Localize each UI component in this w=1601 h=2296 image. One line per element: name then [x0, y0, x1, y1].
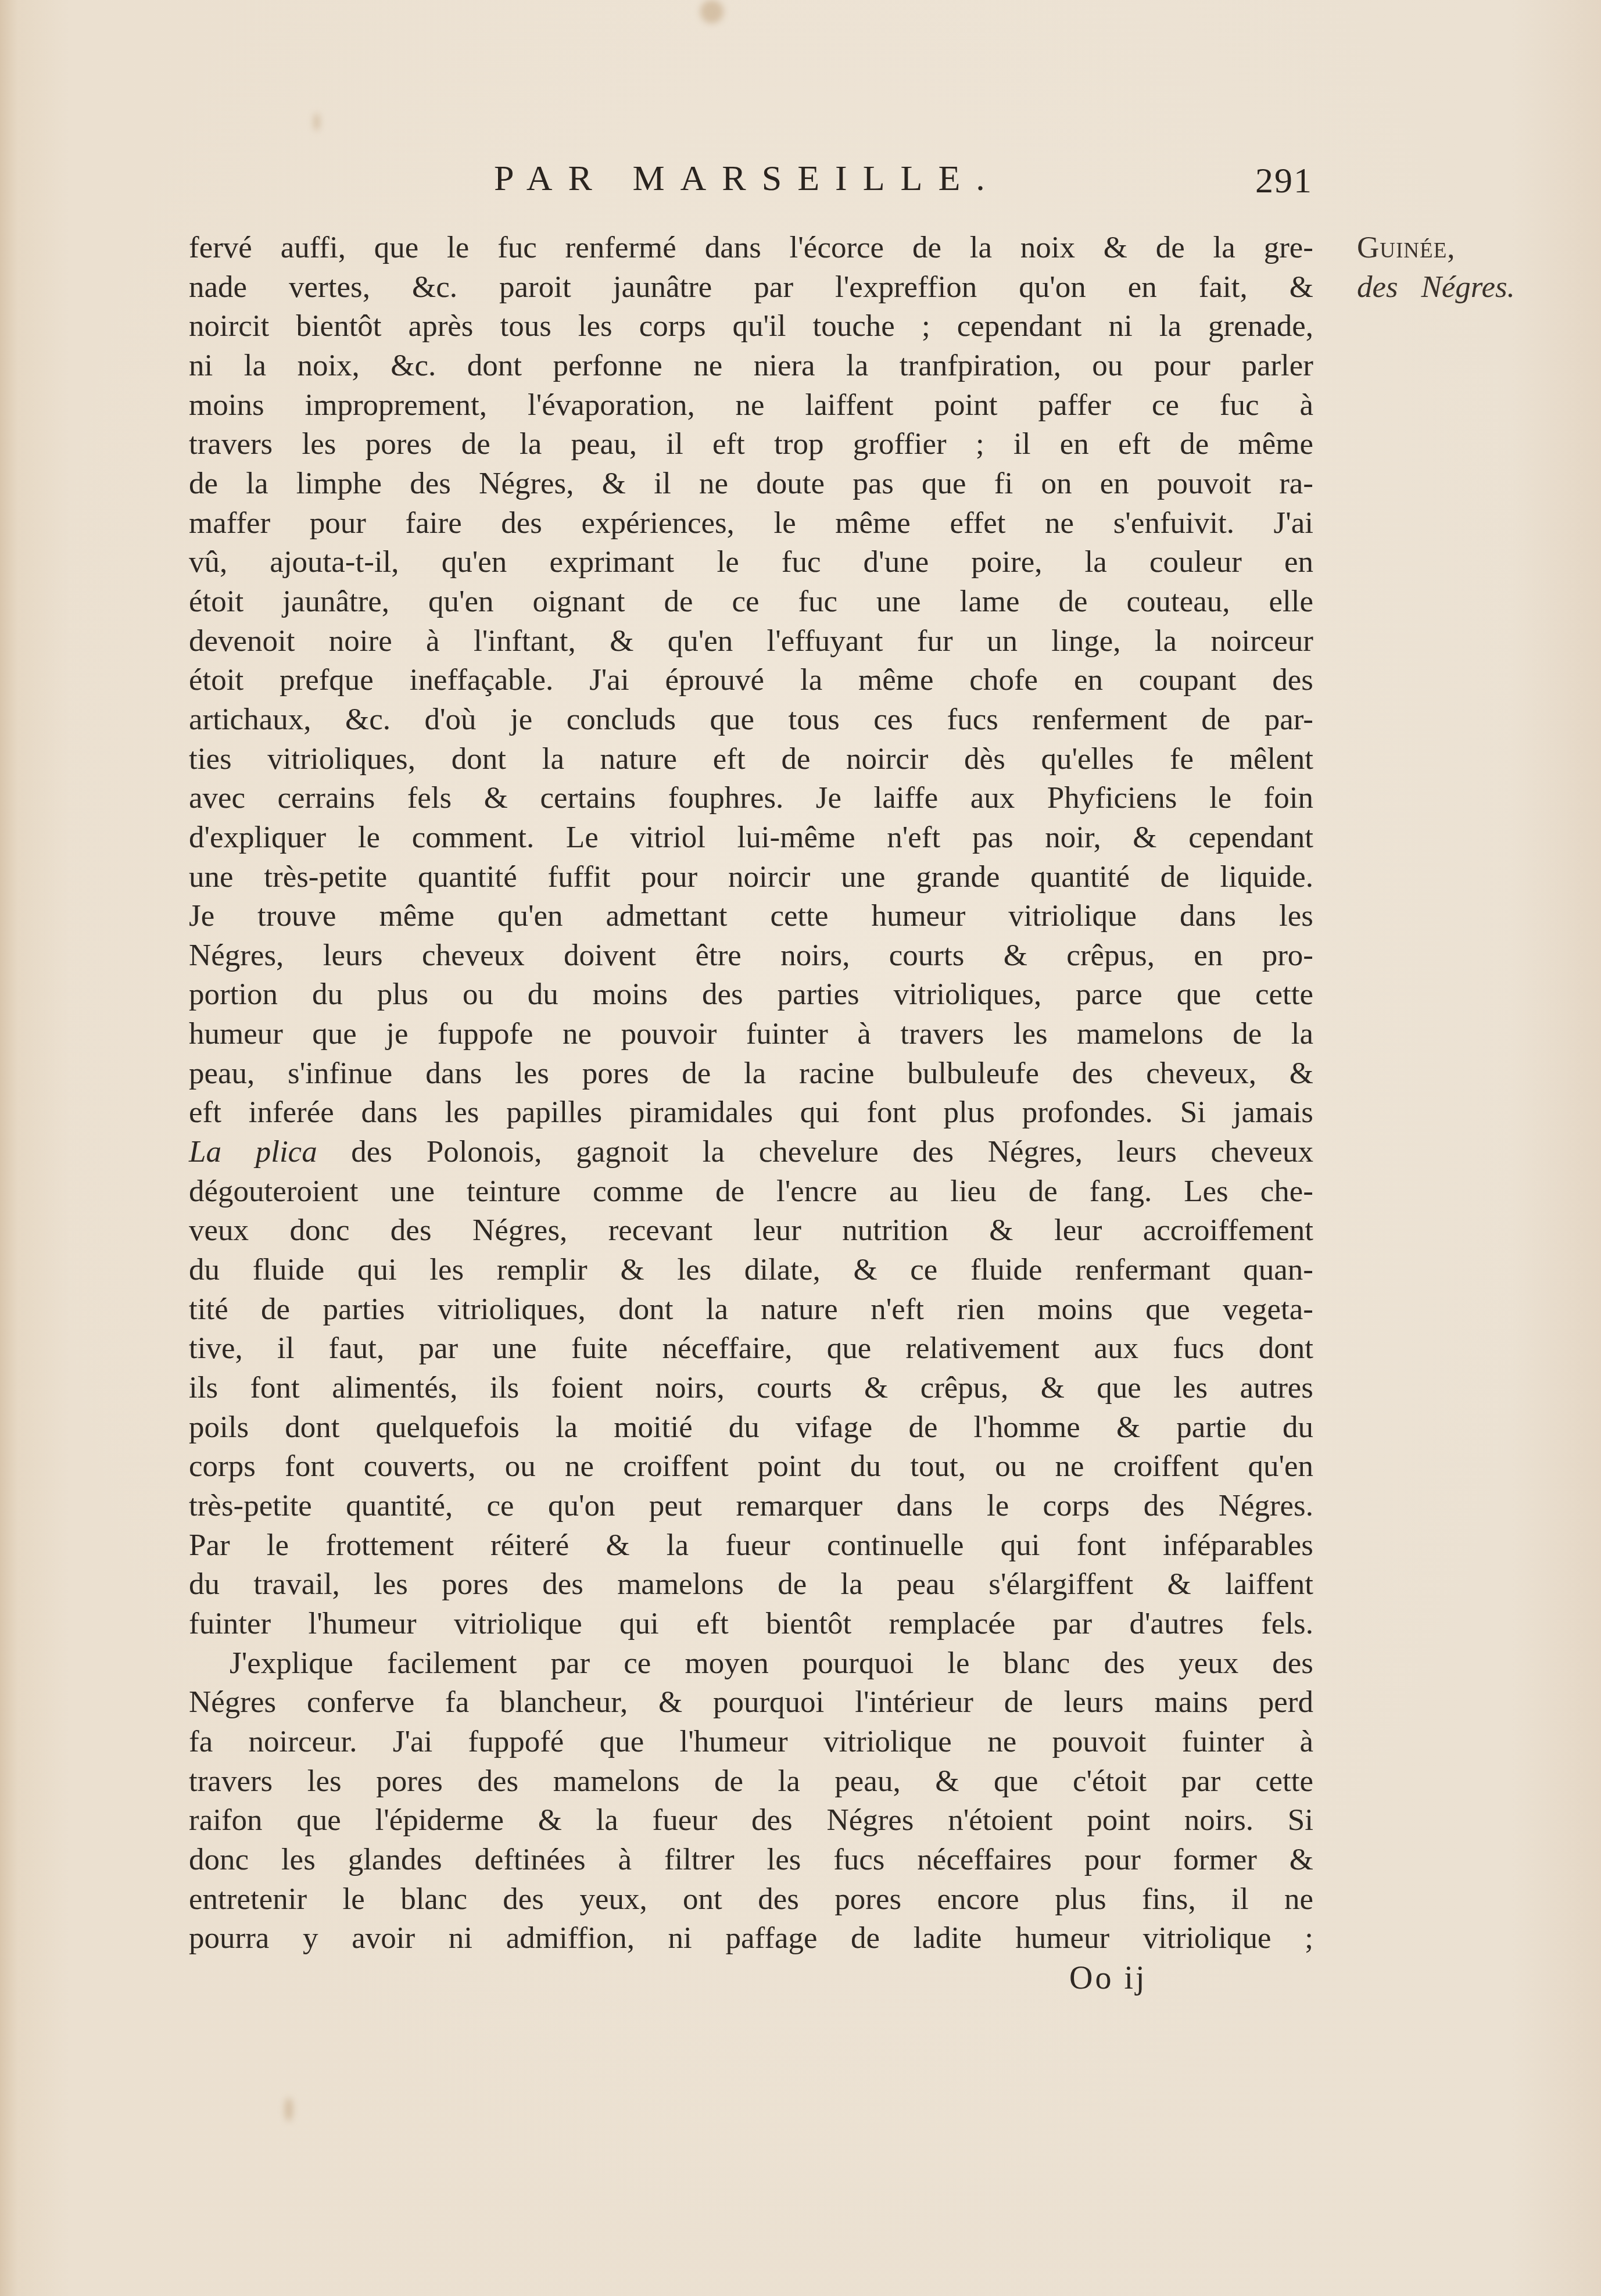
- text-line: devenoit noire à l'inftant, & qu'en l'ef…: [189, 622, 1313, 661]
- text-line: humeur que je fuppofe ne pouvoir fuinter…: [189, 1015, 1313, 1054]
- text-line: maffer pour faire des expériences, le mê…: [189, 504, 1313, 543]
- margin-note-place: Guinée,: [1357, 228, 1601, 268]
- margin-note: Guinée, des Négres.: [1357, 228, 1601, 307]
- text-line: veux donc des Négres, recevant leur nutr…: [189, 1211, 1313, 1251]
- text-line: Je trouve même qu'en admettant cette hum…: [189, 897, 1313, 936]
- text-line: tité de parties vitrioliques, dont la na…: [189, 1290, 1313, 1330]
- text-line: fa noirceur. J'ai fuppofé que l'humeur v…: [189, 1722, 1313, 1762]
- text-line: poils dont quelquefois la moitié du vifa…: [189, 1408, 1313, 1448]
- text-line: ties vitrioliques, dont la nature eft de…: [189, 740, 1313, 779]
- text-line: avec cerrains fels & certains fouphres. …: [189, 779, 1313, 818]
- text-line: dégouteroient une teinture comme de l'en…: [189, 1172, 1313, 1212]
- text-line: Négres conferve fa blancheur, & pourquoi…: [189, 1683, 1313, 1722]
- text-line: très-petite quantité, ce qu'on peut rema…: [189, 1487, 1313, 1526]
- paper-stain: [285, 2098, 293, 2121]
- running-title: PAR MARSEILLE.: [494, 158, 1001, 199]
- body-text: fervé auffi, que le fuc renfermé dans l'…: [189, 228, 1313, 1958]
- text-line: raifon que l'épiderme & la fueur des Nég…: [189, 1801, 1313, 1840]
- paragraph-start: J'explique facilement par ce moyen pourq…: [189, 1644, 1313, 1684]
- text-line: donc les glandes deftinées à filtrer les…: [189, 1840, 1313, 1880]
- text-line: ni la noix, &c. dont perfonne ne niera l…: [189, 346, 1313, 386]
- text-line: entretenir le blanc des yeux, ont des po…: [189, 1880, 1313, 1919]
- margin-note-subject: des Négres.: [1357, 268, 1601, 307]
- text-line: artichaux, &c. d'où je concluds que tous…: [189, 700, 1313, 740]
- text-line: fuinter l'humeur vitriolique qui eft bie…: [189, 1604, 1313, 1644]
- text-line: de la limphe des Négres, & il ne doute p…: [189, 464, 1313, 504]
- text-line: Négres, leurs cheveux doivent être noirs…: [189, 936, 1313, 976]
- text-line: portion du plus ou du moins des parties …: [189, 975, 1313, 1015]
- text-line: nade vertes, &c. paroit jaunâtre par l'e…: [189, 268, 1313, 307]
- italic-phrase: La plica: [189, 1135, 317, 1169]
- text-line: étoit prefque ineffaçable. J'ai éprouvé …: [189, 661, 1313, 700]
- signature-mark: Oo ij: [1069, 1960, 1147, 1997]
- text-line: pourra y avoir ni admiffion, ni paffage …: [189, 1919, 1313, 1958]
- text-line: travers les pores de la peau, il eft tro…: [189, 425, 1313, 464]
- page-number: 291: [1255, 160, 1313, 202]
- text-line: corps font couverts, ou ne croiffent poi…: [189, 1447, 1313, 1487]
- running-header: PAR MARSEILLE. 291: [0, 158, 1601, 205]
- text-line: peau, s'infinue dans les pores de la rac…: [189, 1054, 1313, 1094]
- text-line: étoit jaunâtre, qu'en oignant de ce fuc …: [189, 582, 1313, 622]
- text-line: travers les pores des mamelons de la pea…: [189, 1762, 1313, 1801]
- text-line: vû, ajouta-t-il, qu'en exprimant le fuc …: [189, 543, 1313, 582]
- text-line: tive, il faut, par une fuite néceffaire,…: [189, 1329, 1313, 1369]
- paper-stain: [314, 113, 320, 131]
- text-line: fervé auffi, que le fuc renfermé dans l'…: [189, 228, 1313, 268]
- text-line-italic: La plica des Polonois, gagnoit la chevel…: [189, 1133, 1313, 1172]
- text-line: Par le frottement réiteré & la fueur con…: [189, 1526, 1313, 1566]
- text-line: noircit bientôt après tous les corps qu'…: [189, 307, 1313, 346]
- paper-stain: [700, 0, 724, 23]
- text-line: eft inferée dans les papilles piramidale…: [189, 1093, 1313, 1133]
- book-page: PAR MARSEILLE. 291 Guinée, des Négres. f…: [0, 0, 1601, 2296]
- text-line: ils font alimentés, ils foient noirs, co…: [189, 1369, 1313, 1408]
- text-line: moins improprement, l'évaporation, ne la…: [189, 386, 1313, 425]
- text-line: du fluide qui les remplir & les dilate, …: [189, 1251, 1313, 1290]
- text-line: d'expliquer le comment. Le vitriol lui-m…: [189, 818, 1313, 858]
- text-line: une très-petite quantité fuffit pour noi…: [189, 858, 1313, 897]
- text-line: du travail, les pores des mamelons de la…: [189, 1565, 1313, 1604]
